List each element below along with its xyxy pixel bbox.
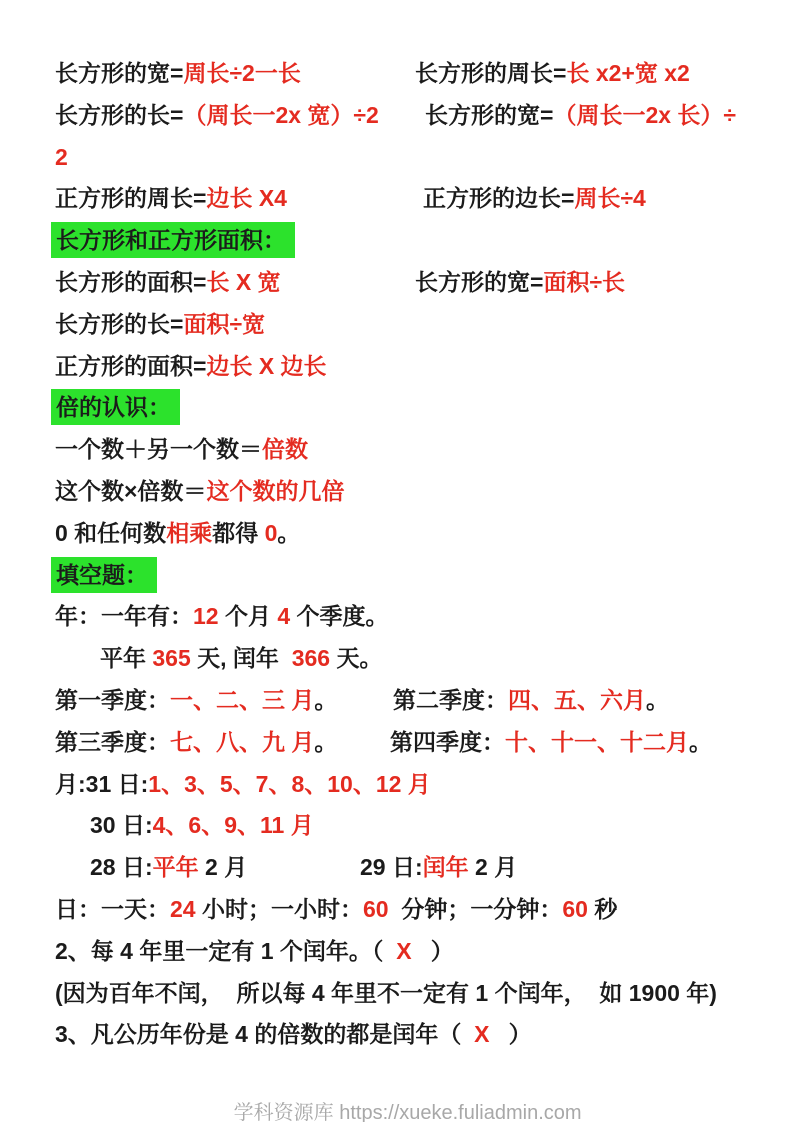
text-segment-black: 分钟；一分钟： <box>389 896 563 922</box>
text-segment-red: 12 <box>193 603 219 629</box>
text-segment-red: 4 <box>277 603 290 629</box>
text-segment-black: 长方形的长= <box>55 102 183 128</box>
line-column-1: 30 日:4、6、9、11 月 <box>90 804 314 847</box>
text-segment-black: 小时；一小时： <box>196 896 363 922</box>
text-segment-black: 平年 <box>100 645 152 671</box>
text-segment-red: 24 <box>170 896 196 922</box>
line-column-1: 28 日:平年 2 月 <box>90 846 247 889</box>
line-column-1: 正方形的周长=边长 X4 <box>55 177 287 220</box>
text-segment-black: 都得 <box>212 520 264 546</box>
text-segment-black: 填空题： <box>56 562 148 588</box>
text-segment-black: 天, 闰年 <box>191 645 292 671</box>
line-column-1: 3、凡公历年份是 4 的倍数的都是闰年（ X ） <box>55 1013 532 1056</box>
text-segment-black: 长方形的面积= <box>55 269 206 295</box>
text-segment-black: 。 <box>277 520 300 546</box>
text-segment-red: X <box>396 938 411 964</box>
line-column-1: 长方形的长=（周长一2x 宽）÷2 <box>55 94 379 137</box>
text-segment-black: 0 和任何数 <box>55 520 166 546</box>
text-segment-black: 倍的认识： <box>56 394 171 420</box>
text-segment-black: (因为百年不闰， 所以每 4 年里不一定有 1 个闰年， 如 1900 年) <box>55 980 717 1006</box>
text-segment-black: ） <box>412 938 454 964</box>
formula-square-area: 正方形的面积=边长 X 边长 <box>0 345 793 388</box>
line-column-1: 第一季度：一、二、三 月。 <box>55 679 337 722</box>
text-segment-red: 周长÷4 <box>574 185 645 211</box>
fact-day-hours: 日：一天：24 小时；一小时：60 分钟；一分钟：60 秒 <box>0 888 793 931</box>
section-header-fill-blanks: 填空题： <box>0 554 793 597</box>
line-column-1: 年：一年有：12 个月 4 个季度。 <box>55 595 389 638</box>
line-column-1: 2、每 4 年里一定有 1 个闰年。（ X ） <box>55 930 454 973</box>
text-segment-red: （周长一2x 长）÷ <box>553 102 736 128</box>
fact-multiple-sum: 一个数＋另一个数＝倍数 <box>0 428 793 471</box>
text-segment-red: 周长÷2一长 <box>183 60 300 86</box>
text-segment-red: 七、八、九 月 <box>170 729 314 755</box>
line-column-1: 日：一天：24 小时；一小时：60 分钟；一分钟：60 秒 <box>55 888 617 931</box>
fact-zero-multiplication: 0 和任何数相乘都得 0。 <box>0 512 793 555</box>
text-segment-red: 边长 X 边长 <box>206 353 326 379</box>
section-header-highlight: 填空题： <box>51 557 157 593</box>
text-segment-red: 这个数的几倍 <box>206 478 344 504</box>
question-2-leap-year: 2、每 4 年里一定有 1 个闰年。（ X ） <box>0 930 793 973</box>
text-segment-black: 29 日: <box>360 854 423 880</box>
text-segment-red: 十、十一、十二月 <box>505 729 689 755</box>
line-column-1: 0 和任何数相乘都得 0。 <box>55 512 300 555</box>
text-segment-red: 1、3、5、7、8、10、12 月 <box>148 771 431 797</box>
fact-months-30-days: 30 日:4、6、9、11 月 <box>0 804 793 847</box>
formula-wrap-continuation: 2 <box>0 136 793 179</box>
text-segment-black: 长方形的长= <box>55 311 183 337</box>
text-segment-red: 边长 X4 <box>206 185 287 211</box>
fact-february-days: 28 日:平年 2 月29 日:闰年 2 月 <box>0 846 793 889</box>
formula-rect-length-from-area: 长方形的长=面积÷宽 <box>0 303 793 346</box>
text-segment-red: 60 <box>363 896 389 922</box>
text-segment-black: 。 <box>314 687 337 713</box>
section-header-highlight: 长方形和正方形面积： <box>51 222 295 258</box>
worksheet-page: 长方形的宽=周长÷2一长长方形的周长=长 x2+宽 x2长方形的长=（周长一2x… <box>0 0 793 1122</box>
text-segment-red: 4、6、9、11 月 <box>153 812 314 838</box>
line-column-2: 长方形的宽=面积÷长 <box>415 261 625 304</box>
text-segment-black: 3、凡公历年份是 4 的倍数的都是闰年（ <box>55 1021 474 1047</box>
text-segment-black: 正方形的周长= <box>55 185 206 211</box>
formula-rect-length: 长方形的长=（周长一2x 宽）÷2长方形的宽=（周长一2x 长）÷ <box>0 94 793 137</box>
text-segment-red: X <box>474 1021 489 1047</box>
text-segment-black: 这个数×倍数＝ <box>55 478 206 504</box>
text-segment-black: 秒 <box>588 896 617 922</box>
text-segment-black: 。 <box>314 729 337 755</box>
fact-quarter-3-4: 第三季度：七、八、九 月。第四季度：十、十一、十二月。 <box>0 721 793 764</box>
line-column-1: 2 <box>55 136 68 179</box>
line-column-1: 长方形的长=面积÷宽 <box>55 303 265 346</box>
line-column-2: 长方形的周长=长 x2+宽 x2 <box>415 52 690 95</box>
line-column-1: (因为百年不闰， 所以每 4 年里不一定有 1 个闰年， 如 1900 年) <box>55 972 717 1015</box>
text-segment-red: 2 <box>55 144 68 170</box>
text-segment-black: 长方形的宽= <box>425 102 553 128</box>
text-segment-black: 长方形和正方形面积： <box>56 227 286 253</box>
fact-quarter-1-2: 第一季度：一、二、三 月。第二季度：四、五、六月。 <box>0 679 793 722</box>
line-column-2: 长方形的宽=（周长一2x 长）÷ <box>425 94 736 137</box>
text-segment-red: 0 <box>265 520 278 546</box>
fact-multiple-product: 这个数×倍数＝这个数的几倍 <box>0 470 793 513</box>
text-segment-black: 长方形的宽= <box>55 60 183 86</box>
text-segment-red: 365 <box>152 645 190 671</box>
text-segment-black: 一个数＋另一个数＝ <box>55 436 262 462</box>
footer-text: 学科资源库 https://xueke.fuliadmin.com <box>234 1102 582 1122</box>
text-segment-red: 倍数 <box>262 436 308 462</box>
text-segment-red: （周长一2x 宽）÷2 <box>183 102 378 128</box>
text-segment-red: 面积÷长 <box>543 269 625 295</box>
text-segment-black: 日：一天： <box>55 896 170 922</box>
line-column-1: 一个数＋另一个数＝倍数 <box>55 428 308 471</box>
text-segment-red: 长 x2+宽 x2 <box>566 60 689 86</box>
text-segment-black: 月:31 日: <box>55 771 148 797</box>
text-segment-black: 28 日: <box>90 854 153 880</box>
footer-watermark: 学科资源库 https://xueke.fuliadmin.com <box>0 1062 793 1096</box>
section-header-area: 长方形和正方形面积： <box>0 219 793 262</box>
text-segment-black: 第二季度： <box>393 687 508 713</box>
formula-rect-width: 长方形的宽=周长÷2一长长方形的周长=长 x2+宽 x2 <box>0 52 793 95</box>
text-segment-black: 天。 <box>330 645 382 671</box>
question-3-leap-year: 3、凡公历年份是 4 的倍数的都是闰年（ X ） <box>0 1013 793 1056</box>
fact-year-days: 平年 365 天, 闰年 366 天。 <box>0 637 793 680</box>
text-segment-red: 60 <box>562 896 588 922</box>
text-segment-black: 长方形的宽= <box>415 269 543 295</box>
text-segment-red: 相乘 <box>166 520 212 546</box>
line-column-2: 正方形的边长=周长÷4 <box>423 177 646 220</box>
fact-year-months: 年：一年有：12 个月 4 个季度。 <box>0 595 793 638</box>
formula-rect-area: 长方形的面积=长 X 宽长方形的宽=面积÷长 <box>0 261 793 304</box>
text-segment-black: 第四季度： <box>390 729 505 755</box>
text-segment-red: 长 X 宽 <box>206 269 280 295</box>
line-column-2: 第二季度：四、五、六月。 <box>393 679 669 722</box>
line-column-1: 正方形的面积=边长 X 边长 <box>55 345 327 388</box>
line-column-1: 月:31 日:1、3、5、7、8、10、12 月 <box>55 763 431 806</box>
text-segment-black: 长方形的周长= <box>415 60 566 86</box>
text-segment-black: 。 <box>689 729 712 755</box>
text-segment-red: 闰年 <box>423 854 469 880</box>
text-segment-red: 一、二、三 月 <box>170 687 314 713</box>
text-segment-red: 面积÷宽 <box>183 311 265 337</box>
text-segment-black: 2 月 <box>199 854 248 880</box>
text-segment-black: 第三季度： <box>55 729 170 755</box>
line-column-1: 第三季度：七、八、九 月。 <box>55 721 337 764</box>
fact-months-31-days: 月:31 日:1、3、5、7、8、10、12 月 <box>0 763 793 806</box>
text-segment-black: 年：一年有： <box>55 603 193 629</box>
text-segment-black: 2 月 <box>469 854 518 880</box>
text-segment-black: 正方形的边长= <box>423 185 574 211</box>
line-column-1: 长方形的宽=周长÷2一长 <box>55 52 301 95</box>
text-segment-black: 30 日: <box>90 812 153 838</box>
text-segment-red: 平年 <box>153 854 199 880</box>
line-column-1: 这个数×倍数＝这个数的几倍 <box>55 470 344 513</box>
text-segment-red: 366 <box>292 645 330 671</box>
line-column-1: 平年 365 天, 闰年 366 天。 <box>100 637 382 680</box>
text-segment-black: 个月 <box>219 603 278 629</box>
question-2-explanation: (因为百年不闰， 所以每 4 年里不一定有 1 个闰年， 如 1900 年) <box>0 972 793 1015</box>
text-segment-black: ） <box>490 1021 532 1047</box>
text-segment-black: 。 <box>646 687 669 713</box>
text-segment-black: 个季度。 <box>290 603 388 629</box>
section-header-highlight: 倍的认识： <box>51 389 180 425</box>
text-segment-red: 四、五、六月 <box>508 687 646 713</box>
line-column-2: 第四季度：十、十一、十二月。 <box>390 721 712 764</box>
text-segment-black: 正方形的面积= <box>55 353 206 379</box>
formula-square-perimeter: 正方形的周长=边长 X4正方形的边长=周长÷4 <box>0 177 793 220</box>
section-header-multiples: 倍的认识： <box>0 386 793 429</box>
text-segment-black: 第一季度： <box>55 687 170 713</box>
text-segment-black: 2、每 4 年里一定有 1 个闰年。（ <box>55 938 396 964</box>
line-column-2: 29 日:闰年 2 月 <box>360 846 517 889</box>
line-column-1: 长方形的面积=长 X 宽 <box>55 261 281 304</box>
